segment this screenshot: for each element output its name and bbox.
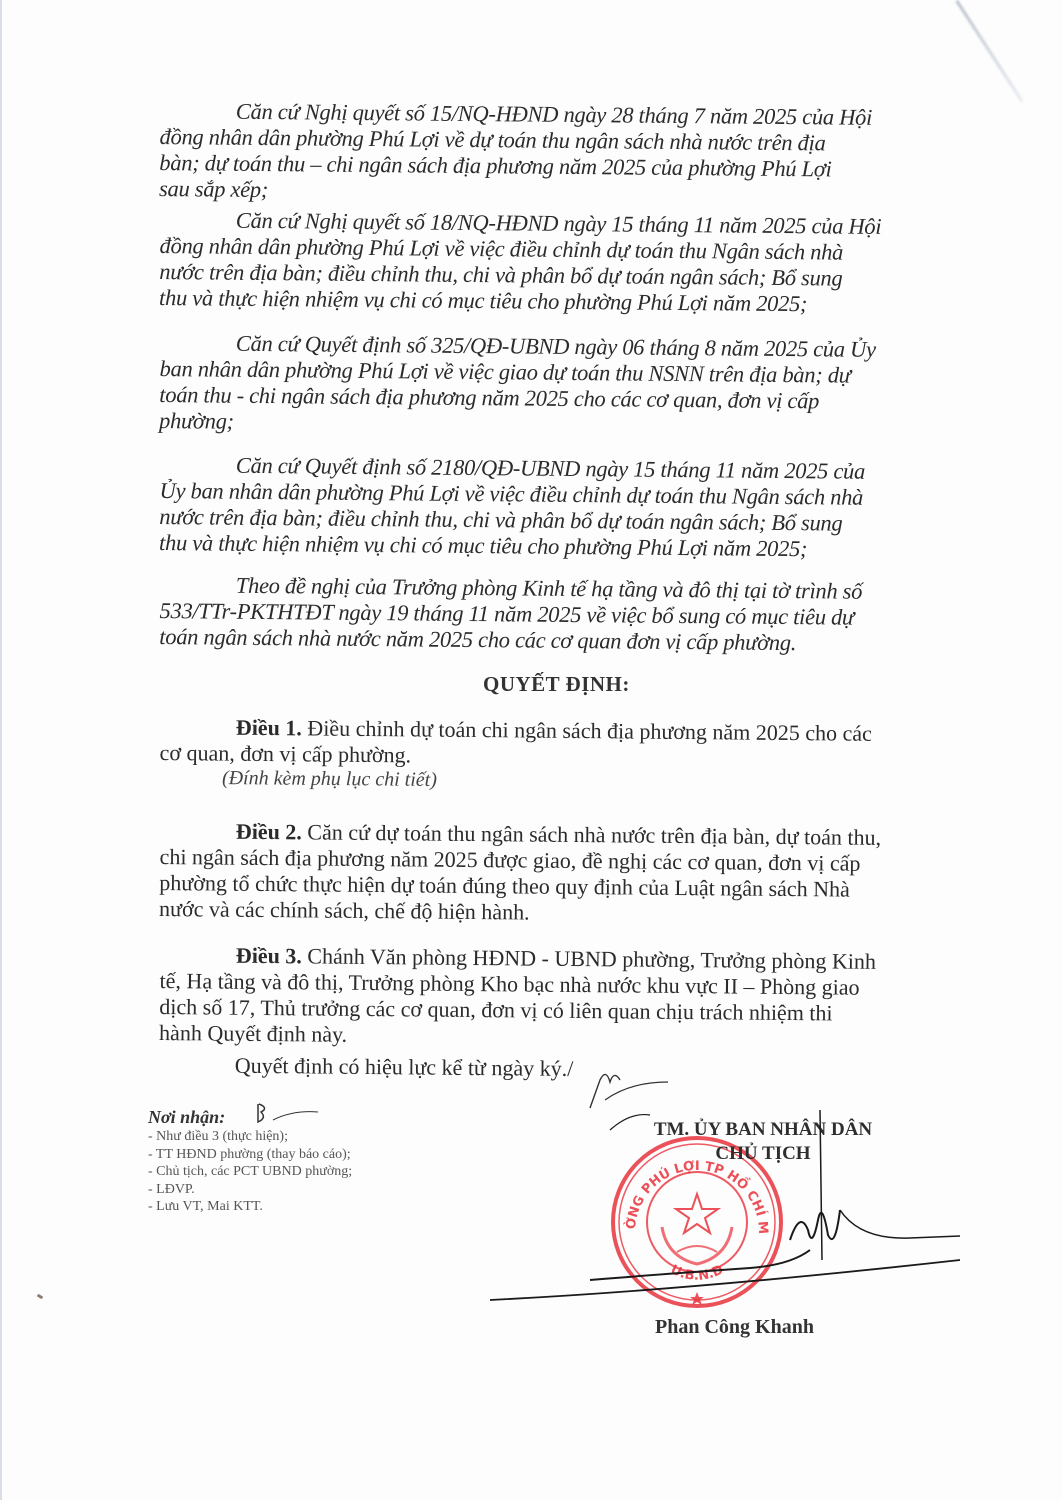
preamble-2: Căn cứ Nghị quyết số 18/NQ-HĐND ngày 15 … bbox=[159, 207, 975, 319]
handwritten-signature-icon bbox=[490, 1100, 970, 1320]
article-3: Điều 3. Chánh Văn phòng HĐND - UBND phườ… bbox=[159, 942, 975, 1086]
article-2: Điều 2. Căn cứ dự toán thu ngân sách nhà… bbox=[159, 818, 975, 930]
article-1: Điều 1. Điều chỉnh dự toán chi ngân sách… bbox=[160, 714, 975, 774]
attachment-note: (Đính kèm phụ lục chi tiết) bbox=[222, 767, 437, 792]
recipient-item: - LĐVP. bbox=[148, 1181, 352, 1199]
decision-title: QUYẾT ĐỊNH: bbox=[483, 672, 630, 697]
initial-mark-icon bbox=[253, 1100, 323, 1130]
initial-mark-icon bbox=[580, 1060, 670, 1110]
recipient-item: - Chủ tịch, các PCT UBND phường; bbox=[148, 1163, 352, 1181]
preamble-1: Căn cứ Nghị quyết số 15/NQ-HĐND ngày 28 … bbox=[159, 98, 975, 210]
scan-speck bbox=[37, 1294, 44, 1300]
signer-name: Phan Công Khanh bbox=[655, 1316, 814, 1339]
folded-corner-shadow bbox=[955, 0, 1023, 102]
preamble-5: Theo đề nghị của Trưởng phòng Kinh tế hạ… bbox=[159, 572, 975, 658]
recipient-item: - Lưu VT, Mai KTT. bbox=[148, 1198, 352, 1216]
recipient-item: - Như điều 3 (thực hiện); bbox=[148, 1128, 352, 1146]
preamble-4: Căn cứ Quyết định số 2180/QĐ-UBND ngày 1… bbox=[159, 452, 975, 564]
recipient-item: - TT HĐND phường (thay báo cáo); bbox=[148, 1146, 352, 1164]
preamble-3: Căn cứ Quyết định số 325/QĐ-UBND ngày 06… bbox=[159, 330, 975, 442]
article-2-label: Điều 2. bbox=[236, 819, 302, 845]
page-edge bbox=[0, 0, 2, 1500]
article-1-label: Điều 1. bbox=[236, 715, 302, 741]
effective-clause: Quyết định có hiệu lực kể từ ngày ký./ bbox=[159, 1052, 974, 1086]
article-3-label: Điều 3. bbox=[236, 943, 302, 969]
